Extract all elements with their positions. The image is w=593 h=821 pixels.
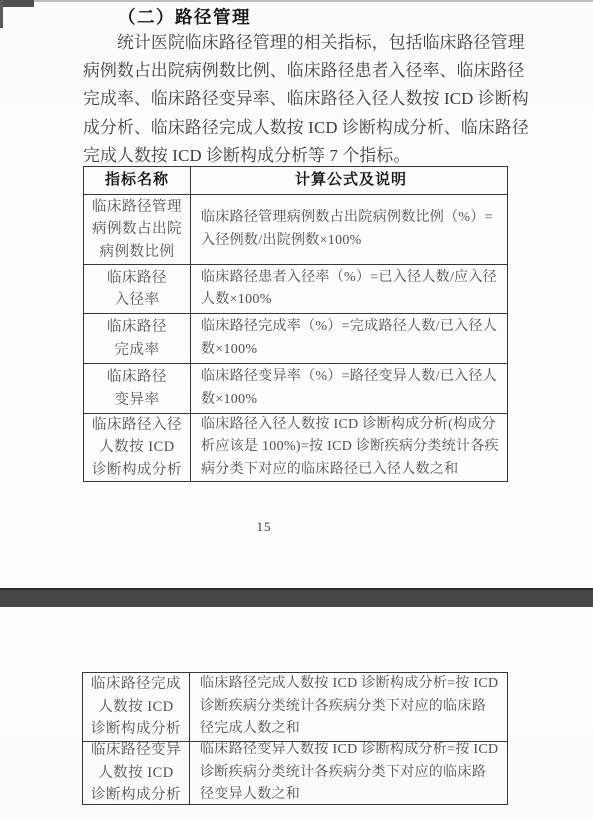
scan-artifact-left-sliver xyxy=(0,0,3,28)
intro-paragraph: 统计医院临床路径管理的相关指标，包括临床路径管理 病例数占出院病例数比例、临床路… xyxy=(83,29,511,170)
formula-cell: 临床路径患者入径率（%）=已入径人数/应入径 人数×100% xyxy=(191,265,507,313)
table-row: 临床路径管理 病例数占出院 病例数比例 临床路径管理病例数占出院病例数比例（%）… xyxy=(84,194,507,264)
indicator-table: 指标名称 计算公式及说明 临床路径管理 病例数占出院 病例数比例 临床路径管理病… xyxy=(83,166,508,482)
paragraph-line: 统计医院临床路径管理的相关指标，包括临床路径管理 xyxy=(83,29,511,57)
scan-artifact-corner-block xyxy=(0,0,34,7)
indicator-name-header: 指标名称 xyxy=(84,167,191,194)
table-row: 临床路径完成 人数按 ICD 诊断构成分析 临床路径完成人数按 ICD 诊断构成… xyxy=(83,673,507,741)
indicator-name-cell: 临床路径入径 人数按 ICD 诊断构成分析 xyxy=(84,414,191,481)
table-row: 临床路径入径 人数按 ICD 诊断构成分析 临床路径入径人数按 ICD 诊断构成… xyxy=(84,413,507,481)
formula-cell: 临床路径完成率（%）=完成路径人数/已入径人 数×100% xyxy=(191,314,507,363)
indicator-name-cell: 临床路径管理 病例数占出院 病例数比例 xyxy=(84,195,191,264)
table-row: 临床路径变异 人数按 ICD 诊断构成分析 临床路径变异人数按 ICD 诊断构成… xyxy=(83,741,507,804)
indicator-name-cell: 临床路径完成 人数按 ICD 诊断构成分析 xyxy=(83,673,190,741)
table-row: 临床路径 完成率 临床路径完成率（%）=完成路径人数/已入径人 数×100% xyxy=(84,313,507,363)
formula-header: 计算公式及说明 xyxy=(191,167,507,194)
page-break-divider xyxy=(0,588,593,607)
formula-cell: 临床路径管理病例数占出院病例数比例（%）= 入径例数/出院例数×100% xyxy=(191,195,507,264)
table-row: 临床路径 变异率 临床路径变异率（%）=路径变异人数/已入径人 数×100% xyxy=(84,363,507,413)
table-header-row: 指标名称 计算公式及说明 xyxy=(84,167,507,194)
indicator-name-cell: 临床路径 入径率 xyxy=(84,265,191,313)
document-page: （二）路径管理 统计医院临床路径管理的相关指标，包括临床路径管理 病例数占出院病… xyxy=(0,0,593,821)
table-row: 临床路径 入径率 临床路径患者入径率（%）=已入径人数/应入径 人数×100% xyxy=(84,264,507,313)
page-number: 15 xyxy=(246,519,282,535)
indicator-name-cell: 临床路径变异 人数按 ICD 诊断构成分析 xyxy=(83,742,190,804)
formula-cell: 临床路径变异人数按 ICD 诊断构成分析=按 ICD 诊断疾病分类统计各疾病分类… xyxy=(190,742,507,804)
paragraph-line: 病例数占出院病例数比例、临床路径患者入径率、临床路径 xyxy=(83,57,511,85)
paragraph-line: 成分析、临床路径完成人数按 ICD 诊断构成分析、临床路径 xyxy=(83,114,511,142)
formula-cell: 临床路径入径人数按 ICD 诊断构成分析(构成分 析应该是 100%)=按 IC… xyxy=(191,414,507,481)
formula-cell: 临床路径完成人数按 ICD 诊断构成分析=按 ICD 诊断疾病分类统计各疾病分类… xyxy=(190,673,507,741)
scan-artifact-top-strip xyxy=(0,0,593,2)
section-heading: （二）路径管理 xyxy=(118,4,251,29)
paragraph-line: 完成率、临床路径变异率、临床路径入径人数按 ICD 诊断构 xyxy=(83,85,511,113)
indicator-name-cell: 临床路径 完成率 xyxy=(84,314,191,363)
formula-cell: 临床路径变异率（%）=路径变异人数/已入径人 数×100% xyxy=(191,364,507,413)
indicator-name-cell: 临床路径 变异率 xyxy=(84,364,191,413)
indicator-table-continued: 临床路径完成 人数按 ICD 诊断构成分析 临床路径完成人数按 ICD 诊断构成… xyxy=(82,672,508,805)
